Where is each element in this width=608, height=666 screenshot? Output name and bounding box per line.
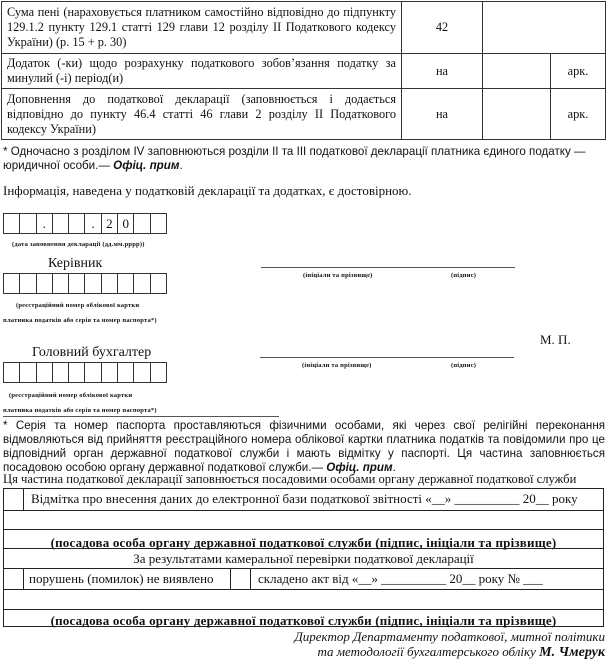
- id-cell[interactable]: [85, 273, 101, 294]
- certification-statement: Інформація, наведена у податковій деклар…: [3, 183, 411, 199]
- row-value-field[interactable]: [483, 54, 551, 89]
- footnote-text: * Серія та номер паспорта проставляються…: [3, 419, 605, 474]
- director-id-caption-2: платника податків або серія та номер пас…: [3, 317, 157, 324]
- row-value-field[interactable]: [483, 2, 606, 54]
- row-description: Сума пені (нараховується платником самос…: [2, 2, 402, 54]
- date-cell[interactable]: [53, 213, 69, 234]
- accountant-name-caption: (ініціали та прізвище): [302, 362, 372, 369]
- id-cell[interactable]: [118, 273, 134, 294]
- id-cell[interactable]: [4, 273, 20, 294]
- footnote-passport: * Серія та номер паспорта проставляються…: [3, 419, 605, 475]
- footnote-divider: [3, 416, 279, 417]
- no-violations-checkbox[interactable]: [4, 569, 24, 589]
- id-cell[interactable]: [69, 273, 85, 294]
- official-caption-2: (посадова особа органу державної податко…: [4, 613, 603, 629]
- row-description: Доповнення до податкової декларації (зап…: [2, 89, 402, 140]
- signature-line-2: та методології бухгалтерського обліку М.…: [295, 644, 606, 660]
- entry-caption-row: (посадова особа органу державної податко…: [4, 530, 603, 549]
- entry-mark-row: Відмітка про внесення даних до електронн…: [4, 489, 603, 511]
- signatory-name: М. Чмерук: [539, 645, 605, 660]
- id-cell[interactable]: [4, 362, 20, 383]
- date-cell[interactable]: 0: [118, 213, 134, 234]
- review-result-row: порушень (помилок) не виявлено складено …: [4, 569, 603, 590]
- signature-position: та методології бухгалтерського обліку: [317, 644, 535, 659]
- date-separator: .: [37, 213, 53, 234]
- review-heading-row: За результатами камеральної перевірки по…: [4, 549, 603, 569]
- id-cell[interactable]: [53, 273, 69, 294]
- row-code: 42: [402, 2, 483, 54]
- id-cell[interactable]: [85, 362, 101, 383]
- date-cell[interactable]: [69, 213, 85, 234]
- id-cell[interactable]: [20, 273, 36, 294]
- director-id-caption-1: (реєстраційний номер облікової картки: [16, 302, 139, 309]
- id-cell[interactable]: [37, 362, 53, 383]
- review-signature-field[interactable]: [4, 590, 603, 610]
- id-cell[interactable]: [134, 362, 150, 383]
- id-cell[interactable]: [118, 362, 134, 383]
- date-cell[interactable]: [151, 213, 167, 234]
- table-row: Доповнення до податкової декларації (зап…: [2, 89, 606, 140]
- date-field[interactable]: . . 2 0: [3, 213, 167, 234]
- id-cell[interactable]: [102, 362, 118, 383]
- entry-mark-checkbox[interactable]: [4, 489, 24, 510]
- official-section-heading: Ця частина податкової декларації заповню…: [3, 472, 576, 487]
- review-caption-row: (посадова особа органу державної податко…: [4, 610, 603, 626]
- accountant-id-caption-1: (реєстраційний номер облікової картки: [9, 392, 132, 399]
- table-row: Сума пені (нараховується платником самос…: [2, 2, 606, 54]
- date-cell[interactable]: [134, 213, 150, 234]
- accountant-signature-caption: (підпис): [451, 362, 476, 369]
- row-description: Додаток (-ки) щодо розрахунку податковог…: [2, 54, 402, 89]
- footnote-emphasis: Офіц. прим: [113, 159, 179, 172]
- summary-table: Сума пені (нараховується платником самос…: [1, 1, 606, 140]
- accountant-id-field[interactable]: [3, 362, 167, 383]
- director-id-field[interactable]: [3, 273, 167, 294]
- accountant-id-caption-2: платника податків або серія та номер пас…: [3, 407, 157, 414]
- date-cell[interactable]: [20, 213, 36, 234]
- id-cell[interactable]: [151, 362, 167, 383]
- accountant-signature-line[interactable]: [260, 357, 514, 358]
- date-separator: .: [85, 213, 101, 234]
- date-cell[interactable]: 2: [102, 213, 118, 234]
- row-unit: арк.: [551, 54, 606, 89]
- official-section-table: Відмітка про внесення даних до електронн…: [3, 488, 604, 627]
- id-cell[interactable]: [69, 362, 85, 383]
- footnote-unified-tax: * Одночасно з розділом IV заповнюються р…: [3, 145, 605, 173]
- act-drawn-label: складено акт від «__» __________ 20__ ро…: [258, 571, 543, 587]
- id-cell[interactable]: [53, 362, 69, 383]
- no-violations-label: порушень (помилок) не виявлено: [29, 571, 214, 587]
- signature-block: Директор Департаменту податкової, митної…: [295, 629, 606, 660]
- entry-mark-text: Відмітка про внесення даних до електронн…: [31, 491, 578, 507]
- row-code: на: [402, 54, 483, 89]
- review-heading: За результатами камеральної перевірки по…: [4, 551, 603, 567]
- id-cell[interactable]: [151, 273, 167, 294]
- date-cell[interactable]: [4, 213, 20, 234]
- act-drawn-checkbox[interactable]: [230, 569, 251, 589]
- date-caption: (дата заповнення декларації (дд.мм.рррр)…: [12, 241, 145, 248]
- stamp-placeholder: М. П.: [540, 332, 571, 348]
- director-signature-line[interactable]: [261, 267, 515, 268]
- table-row: Додаток (-ки) щодо розрахунку податковог…: [2, 54, 606, 89]
- accountant-title: Головний бухгалтер: [32, 345, 151, 361]
- id-cell[interactable]: [37, 273, 53, 294]
- director-name-caption: (ініціали та прізвище): [303, 272, 373, 279]
- director-title: Керівник: [48, 256, 102, 272]
- row-value-field[interactable]: [483, 89, 551, 140]
- id-cell[interactable]: [102, 273, 118, 294]
- row-unit: арк.: [551, 89, 606, 140]
- director-signature-caption: (підпис): [451, 272, 476, 279]
- footnote-text: * Одночасно з розділом IV заповнюються р…: [3, 145, 586, 172]
- id-cell[interactable]: [134, 273, 150, 294]
- row-code: на: [402, 89, 483, 140]
- id-cell[interactable]: [20, 362, 36, 383]
- footnote-tail: .: [179, 159, 182, 172]
- signature-line-1: Директор Департаменту податкової, митної…: [295, 629, 606, 644]
- entry-signature-field[interactable]: [4, 511, 603, 530]
